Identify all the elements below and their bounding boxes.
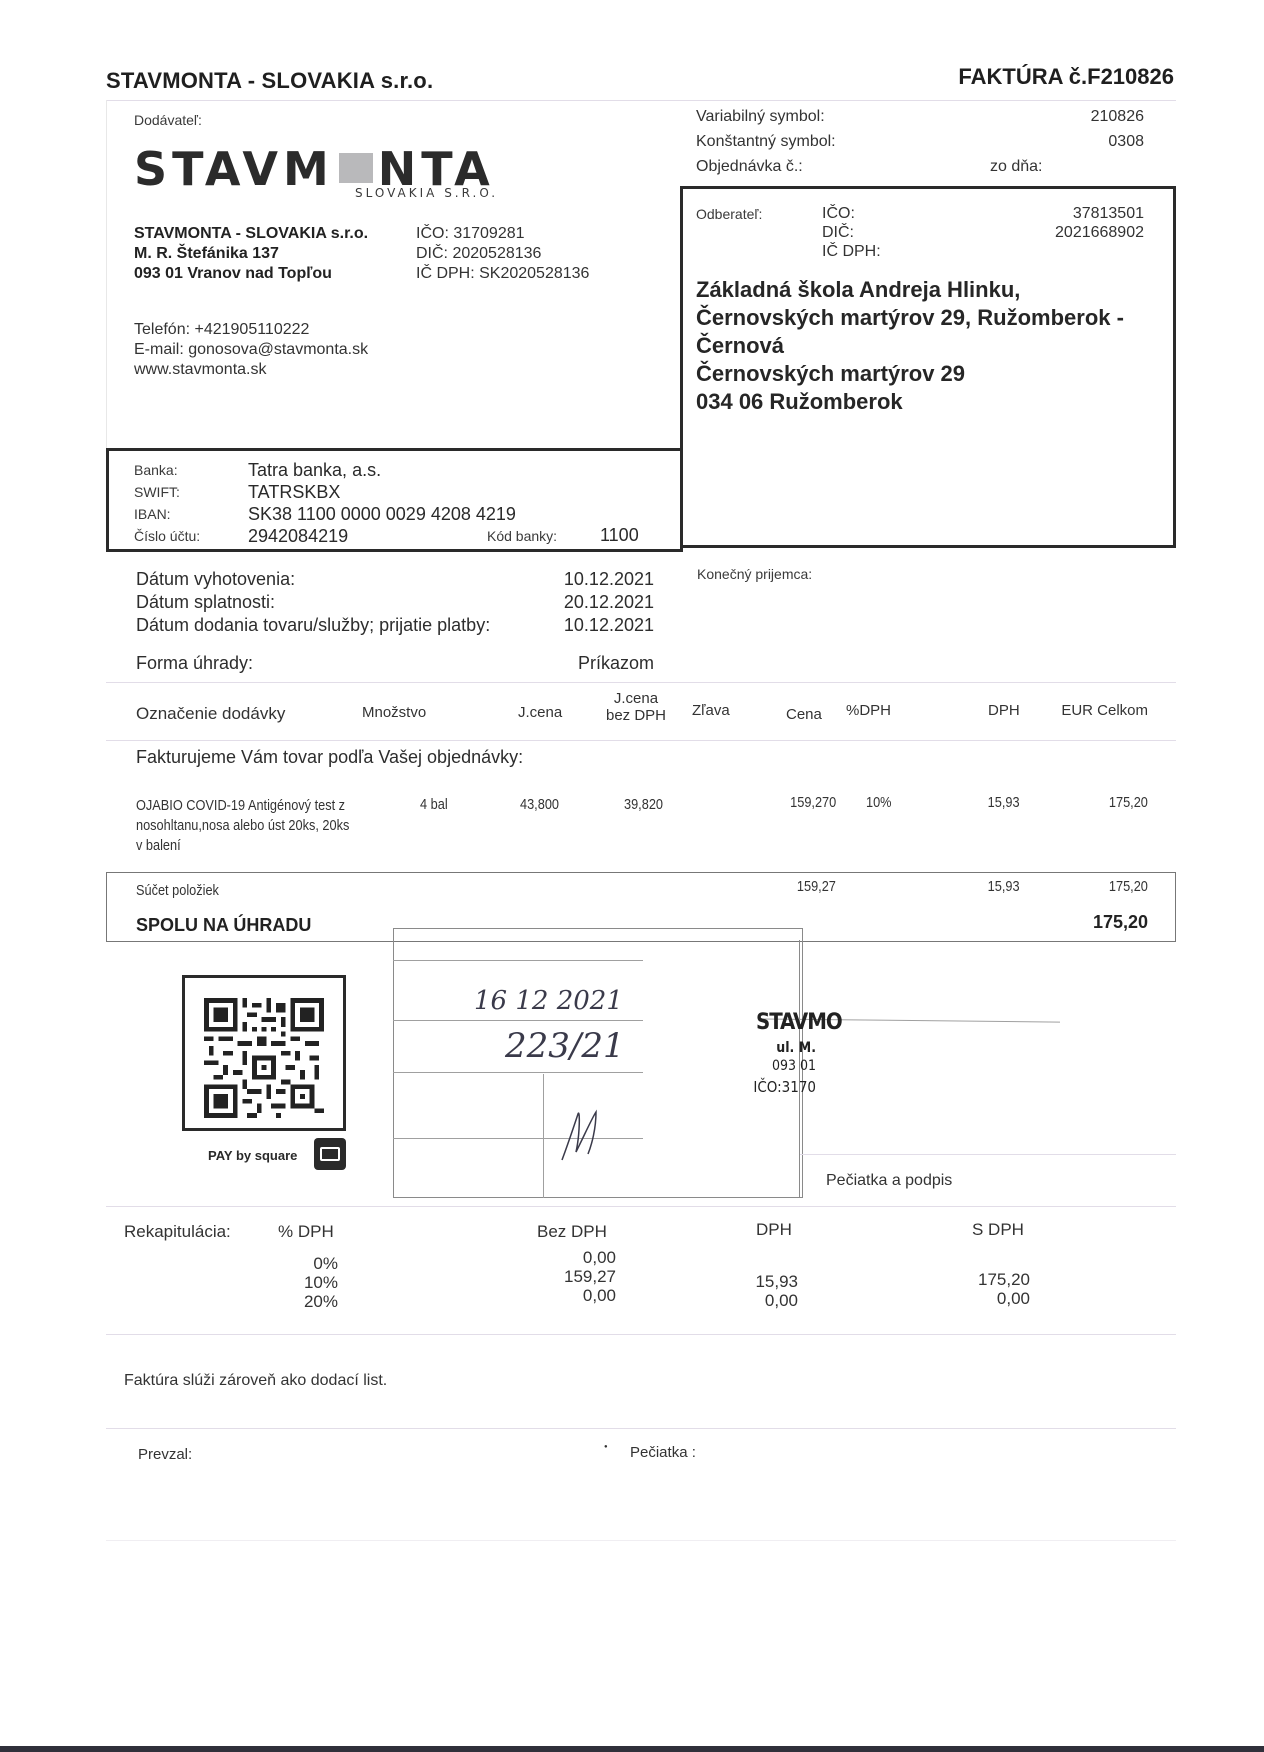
customer-ic-dph-label: IČ DPH:: [822, 242, 881, 261]
payment-method-label: Forma úhrady:: [136, 652, 253, 675]
bank-labels: Banka: SWIFT: IBAN: Číslo účtu:: [134, 459, 200, 547]
supplier-ic-dph: IČ DPH: SK2020528136: [416, 264, 589, 284]
payment-method-value: Príkazom: [578, 652, 654, 675]
customer-line: Základná škola Andreja Hlinku,: [696, 276, 1124, 304]
col-header-unit-price-net: J.cena bez DPH: [598, 690, 674, 724]
col-header-vat: DPH: [988, 702, 1020, 719]
supplier-dic: DIČ: 2020528136: [416, 244, 589, 264]
due-date-value: 20.12.2021: [564, 591, 654, 614]
item-total: 175,20: [1109, 794, 1148, 811]
item-description-line: v balení: [136, 836, 349, 856]
bullet: ●: [604, 1444, 608, 1450]
col-header-price: Cena: [786, 706, 822, 723]
recap-vat: 15,93: [755, 1272, 798, 1291]
customer-ico-value: 37813501: [1055, 204, 1144, 223]
item-unit-price: 43,800: [520, 796, 559, 813]
divider: [800, 1154, 1176, 1155]
invoice-number-title: FAKTÚRA č.F210826: [958, 64, 1174, 90]
divider: [106, 740, 1176, 741]
stamp-divider: [543, 1074, 544, 1198]
variable-symbol-label: Variabilný symbol:: [696, 104, 836, 129]
customer-id-values: 37813501 2021668902: [1055, 204, 1144, 242]
supplier-ico: IČO: 31709281: [416, 224, 589, 244]
customer-line: Černová: [696, 332, 1124, 360]
stamp-divider: [393, 960, 643, 961]
supplier-company-title: STAVMONTA - SLOVAKIA s.r.o.: [106, 68, 433, 94]
due-date-label: Dátum splatnosti:: [136, 591, 490, 614]
scan-edge: [0, 1746, 1264, 1752]
logo-square-icon: [339, 153, 373, 183]
item-unit-price-net: 39,820: [624, 796, 663, 813]
divider: [106, 1540, 1176, 1541]
supplier-ids: IČO: 31709281 DIČ: 2020528136 IČ DPH: SK…: [416, 224, 589, 284]
customer-dic-value: 2021668902: [1055, 223, 1144, 242]
grand-total-value: 175,20: [1093, 912, 1148, 933]
pay-by-square-label: PAY by square: [208, 1148, 297, 1163]
account-number-label: Číslo účtu:: [134, 525, 200, 547]
supplier-email[interactable]: E-mail: gonosova@stavmonta.sk: [134, 340, 368, 360]
item-vat-pct: 10%: [866, 794, 892, 811]
recap-net-list: 0,00 159,27 0,00: [564, 1248, 616, 1305]
customer-label: Odberateľ:: [696, 206, 762, 222]
supplier-street: M. R. Štefánika 137: [134, 244, 414, 264]
stamp-divider: [393, 1072, 643, 1073]
customer-id-labels: IČO: DIČ: IČ DPH:: [822, 204, 881, 261]
stamp-divider: [393, 1020, 643, 1021]
sum-total: 175,20: [1109, 878, 1148, 895]
handwritten-registry-number: 223/21: [505, 1026, 625, 1066]
item-description-line: nosohltanu,nosa alebo úst 20ks, 20ks: [136, 816, 349, 836]
swift-value: TATRSKBX: [248, 481, 516, 503]
symbols-values: 210826 0308: [1091, 104, 1144, 154]
col-header-total: EUR Celkom: [1061, 702, 1148, 719]
recap-col-vat-pct: % DPH: [278, 1222, 334, 1242]
order-number-label: Objednávka č.:: [696, 154, 836, 179]
sum-vat: 15,93: [988, 878, 1020, 895]
bank-name-value: Tatra banka, a.s.: [248, 459, 516, 481]
swift-label: SWIFT:: [134, 481, 200, 503]
variable-symbol-value: 210826: [1091, 104, 1144, 129]
qr-code-icon[interactable]: [204, 998, 324, 1118]
bank-code-label: Kód banky:: [487, 525, 557, 547]
signature-label: Pečiatka a podpis: [826, 1168, 952, 1193]
sum-price: 159,27: [797, 878, 836, 895]
dates-values: 10.12.2021 20.12.2021 10.12.2021: [564, 568, 654, 637]
customer-line: Černovských martýrov 29, Ružomberok -: [696, 304, 1124, 332]
received-by-label: Prevzal:: [138, 1446, 192, 1463]
issue-date-value: 10.12.2021: [564, 568, 654, 591]
item-quantity: 4 bal: [420, 796, 448, 813]
iban-label: IBAN:: [134, 503, 200, 525]
symbols-labels: Variabilný symbol: Konštantný symbol: Ob…: [696, 104, 836, 179]
logo-text-left: STAVM: [134, 142, 334, 196]
company-stamp-ico: IČO:3170: [740, 1078, 816, 1096]
recap-gross: 0,00: [978, 1289, 1030, 1308]
handwritten-date: 16 12 2021: [474, 986, 623, 1016]
item-description-line: OJABIO COVID-19 Antigénový test z: [136, 796, 349, 816]
company-stamp-street: ul. M.: [740, 1040, 816, 1056]
bank-code-value: 1100: [600, 524, 639, 546]
recap-net: 0,00: [564, 1286, 616, 1305]
table-row: OJABIO COVID-19 Antigénový test z nosohl…: [136, 796, 387, 856]
recap-vat-pct: 0%: [304, 1254, 338, 1273]
company-stamp-city: 093 01: [740, 1058, 816, 1074]
supplier-phone: Telefón: +421905110222: [134, 320, 368, 340]
customer-line: 034 06 Ružomberok: [696, 388, 1124, 416]
divider: [106, 1206, 1176, 1207]
recap-vat-pct: 20%: [304, 1292, 338, 1311]
col-header-unit-price-net-line2: bez DPH: [598, 707, 674, 724]
supplier-city: 093 01 Vranov nad Topľou: [134, 264, 414, 284]
col-header-discount: Zľava: [692, 702, 730, 719]
recap-vat-pct: 10%: [304, 1273, 338, 1292]
divider: [106, 1334, 1176, 1335]
recap-vat: 0,00: [755, 1291, 798, 1310]
recap-gross: 175,20: [978, 1270, 1030, 1289]
bank-values: Tatra banka, a.s. TATRSKBX SK38 1100 000…: [248, 459, 516, 547]
stamp-label: Pečiatka :: [630, 1444, 696, 1461]
issue-date-label: Dátum vyhotovenia:: [136, 568, 490, 591]
recap-col-vat: DPH: [756, 1220, 792, 1240]
recap-net: 159,27: [564, 1267, 616, 1286]
iban-value: SK38 1100 0000 0029 4208 4219: [248, 503, 516, 525]
recap-col-gross: S DPH: [972, 1220, 1024, 1240]
recap-vat-list: 15,93 0,00: [755, 1272, 798, 1310]
dates-labels: Dátum vyhotovenia: Dátum splatnosti: Dát…: [136, 568, 490, 637]
recap-col-net: Bez DPH: [537, 1222, 607, 1242]
col-header-vat-pct: %DPH: [846, 702, 891, 719]
supplier-website[interactable]: www.stavmonta.sk: [134, 360, 368, 380]
customer-address: Základná škola Andreja Hlinku, Černovský…: [696, 276, 1124, 416]
constant-symbol-value: 0308: [1091, 129, 1144, 154]
final-recipient-label: Konečný prijemca:: [697, 566, 812, 582]
supplier-label: Dodávateľ:: [134, 112, 202, 128]
grand-total-label: SPOLU NA ÚHRADU: [136, 915, 311, 936]
item-price: 159,270: [790, 794, 836, 811]
constant-symbol-label: Konštantný symbol:: [696, 129, 836, 154]
bank-name-label: Banka:: [134, 459, 200, 481]
col-header-quantity: Množstvo: [362, 704, 426, 721]
recap-vat-pct-list: 0% 10% 20%: [304, 1254, 338, 1311]
logo-subtitle: SLOVAKIA S.R.O.: [355, 186, 498, 200]
supplier-address: STAVMONTA - SLOVAKIA s.r.o. M. R. Štefán…: [134, 224, 414, 284]
col-header-unit-price-net-line1: J.cena: [598, 690, 674, 707]
customer-ico-label: IČO:: [822, 204, 881, 223]
recap-gross-list: 175,20 0,00: [978, 1270, 1030, 1308]
delivery-date-value: 10.12.2021: [564, 614, 654, 637]
order-date-label: zo dňa:: [990, 154, 1042, 179]
supplier-contacts: Telefón: +421905110222 E-mail: gonosova@…: [134, 320, 368, 380]
card-icon: [314, 1138, 346, 1170]
divider: [106, 1428, 1176, 1429]
item-vat: 15,93: [988, 794, 1020, 811]
col-header-unit-price: J.cena: [518, 704, 562, 721]
col-header-description: Označenie dodávky: [136, 704, 285, 724]
sum-items-label: Súčet položiek: [136, 882, 219, 899]
supplier-name: STAVMONTA - SLOVAKIA s.r.o.: [134, 224, 414, 244]
delivery-note-text: Faktúra slúži zároveň ako dodací list.: [124, 1372, 387, 1390]
recap-label: Rekapitulácia:: [124, 1222, 231, 1242]
signature-icon: [556, 1104, 606, 1164]
items-intro: Fakturujeme Vám tovar podľa Vašej objedn…: [136, 746, 523, 769]
item-description: OJABIO COVID-19 Antigénový test z nosohl…: [136, 796, 349, 856]
divider: [106, 682, 1176, 683]
customer-line: Černovských martýrov 29: [696, 360, 1124, 388]
customer-dic-label: DIČ:: [822, 223, 881, 242]
account-number-value: 2942084219: [248, 525, 516, 547]
delivery-date-label: Dátum dodania tovaru/služby; prijatie pl…: [136, 614, 490, 637]
company-stamp-name: STAVMO: [756, 1010, 842, 1035]
recap-net: 0,00: [564, 1248, 616, 1267]
